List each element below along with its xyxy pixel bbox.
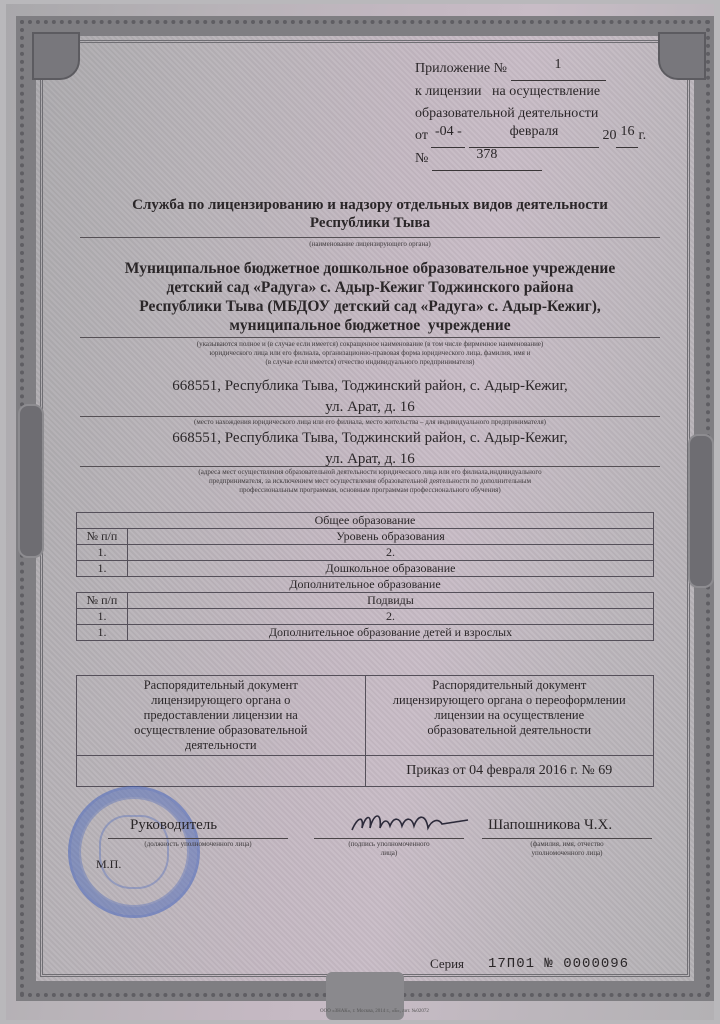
column-header-subtypes: Подвиды	[128, 593, 654, 609]
table-row: Приказ от 04 февраля 2016 г. № 69	[77, 756, 654, 787]
table-cell: 1.	[77, 561, 128, 577]
education-table: Общее образование № п/п Уровень образова…	[76, 512, 654, 641]
license-number-label: №	[415, 151, 428, 166]
series-number: 17П01 № 0000096	[488, 956, 629, 972]
series-label: Серия	[430, 956, 464, 972]
table-row: 1. Дополнительное образование детей и вз…	[77, 625, 654, 641]
series-value: 17П01	[488, 956, 535, 972]
activity-address-caption: (адреса мест осуществления образовательн…	[80, 468, 660, 495]
date-month-field: февраля	[469, 125, 599, 148]
table-row: Дополнительное образование	[77, 577, 654, 593]
license-number-field: 378	[432, 148, 542, 171]
official-seal-icon	[68, 786, 200, 918]
reissue-document-value: Приказ от 04 февраля 2016 г. № 69	[365, 756, 654, 787]
general-education-heading: Общее образование	[77, 513, 654, 529]
license-number-line: № 378	[415, 148, 635, 171]
date-year-field: 16	[616, 125, 638, 148]
position-caption: (должность уполномоченного лица)	[108, 840, 288, 849]
date-day-field: -04 -	[431, 125, 465, 148]
signatory-position: Руководитель	[130, 817, 217, 834]
appendix-date-line: от -04 - февраля 2016г.	[415, 125, 635, 148]
signature-line	[314, 838, 464, 839]
column-header-level: Уровень образования	[128, 529, 654, 545]
table-cell: 1.	[77, 625, 128, 641]
divider	[80, 337, 660, 338]
appendix-number-line: Приложение № 1	[415, 58, 635, 81]
table-cell: 2.	[128, 545, 654, 561]
table-row: № п/п Подвиды	[77, 593, 654, 609]
name-line	[482, 838, 652, 839]
handwritten-signature-icon	[348, 808, 472, 838]
appendix-block: Приложение № 1 к лицензии на осуществлен…	[415, 58, 635, 171]
table-cell: Дошкольное образование	[128, 561, 654, 577]
divider	[80, 416, 660, 417]
additional-education-heading: Дополнительное образование	[77, 577, 654, 593]
signatory-name: Шапошникова Ч.Х.	[488, 817, 612, 834]
position-line	[108, 838, 288, 839]
reissue-document-header: Распорядительный документ лицензирующего…	[365, 676, 654, 756]
column-header-num: № п/п	[77, 593, 128, 609]
printer-note: ООО «ЗНАК», г. Москва, 2014 г., «Б», лит…	[320, 1009, 429, 1014]
grant-document-value	[77, 756, 366, 787]
table-row: Общее образование	[77, 513, 654, 529]
year-end: г.	[638, 128, 646, 143]
appendix-number-field: 1	[511, 58, 606, 81]
licensing-body-name: Служба по лицензированию и надзору отдел…	[80, 196, 660, 232]
appendix-line-3: образовательной деятельности	[415, 103, 635, 125]
table-cell: 2.	[128, 609, 654, 625]
legal-address: 668551, Республика Тыва, Тоджинский райо…	[80, 376, 660, 418]
activity-address: 668551, Республика Тыва, Тоджинский райо…	[80, 428, 660, 470]
name-caption: (фамилия, имя, отчество уполномоченного …	[482, 840, 652, 858]
table-row: 1. 2.	[77, 545, 654, 561]
table-cell: Дополнительное образование детей и взрос…	[128, 625, 654, 641]
signature-caption: (подпись уполномоченного лица)	[314, 840, 464, 858]
table-row: 1. 2.	[77, 609, 654, 625]
legal-address-caption: (место нахождения юридического лица или …	[80, 418, 660, 427]
year-prefix: 20	[602, 128, 616, 143]
appendix-line-2: к лицензии на осуществление	[415, 81, 635, 103]
documents-table: Распорядительный документ лицензирующего…	[76, 675, 654, 787]
institution-caption: (указываются полное и (в случае если име…	[80, 340, 660, 367]
table-row: Распорядительный документ лицензирующего…	[77, 676, 654, 756]
number-sign: №	[544, 956, 553, 972]
table-cell: 1.	[77, 545, 128, 561]
table-row: 1. Дошкольное образование	[77, 561, 654, 577]
licensing-body-caption: (наименование лицензирующего органа)	[80, 240, 660, 249]
divider	[80, 237, 660, 238]
seal-place-label: М.П.	[96, 857, 121, 872]
table-cell: 1.	[77, 609, 128, 625]
institution-name: Муниципальное бюджетное дошкольное образ…	[80, 259, 660, 335]
date-prefix: от	[415, 128, 428, 143]
appendix-label: Приложение №	[415, 61, 507, 76]
divider	[80, 466, 660, 467]
table-row: № п/п Уровень образования	[77, 529, 654, 545]
form-number-value: 0000096	[563, 956, 629, 972]
column-header-num: № п/п	[77, 529, 128, 545]
grant-document-header: Распорядительный документ лицензирующего…	[77, 676, 366, 756]
